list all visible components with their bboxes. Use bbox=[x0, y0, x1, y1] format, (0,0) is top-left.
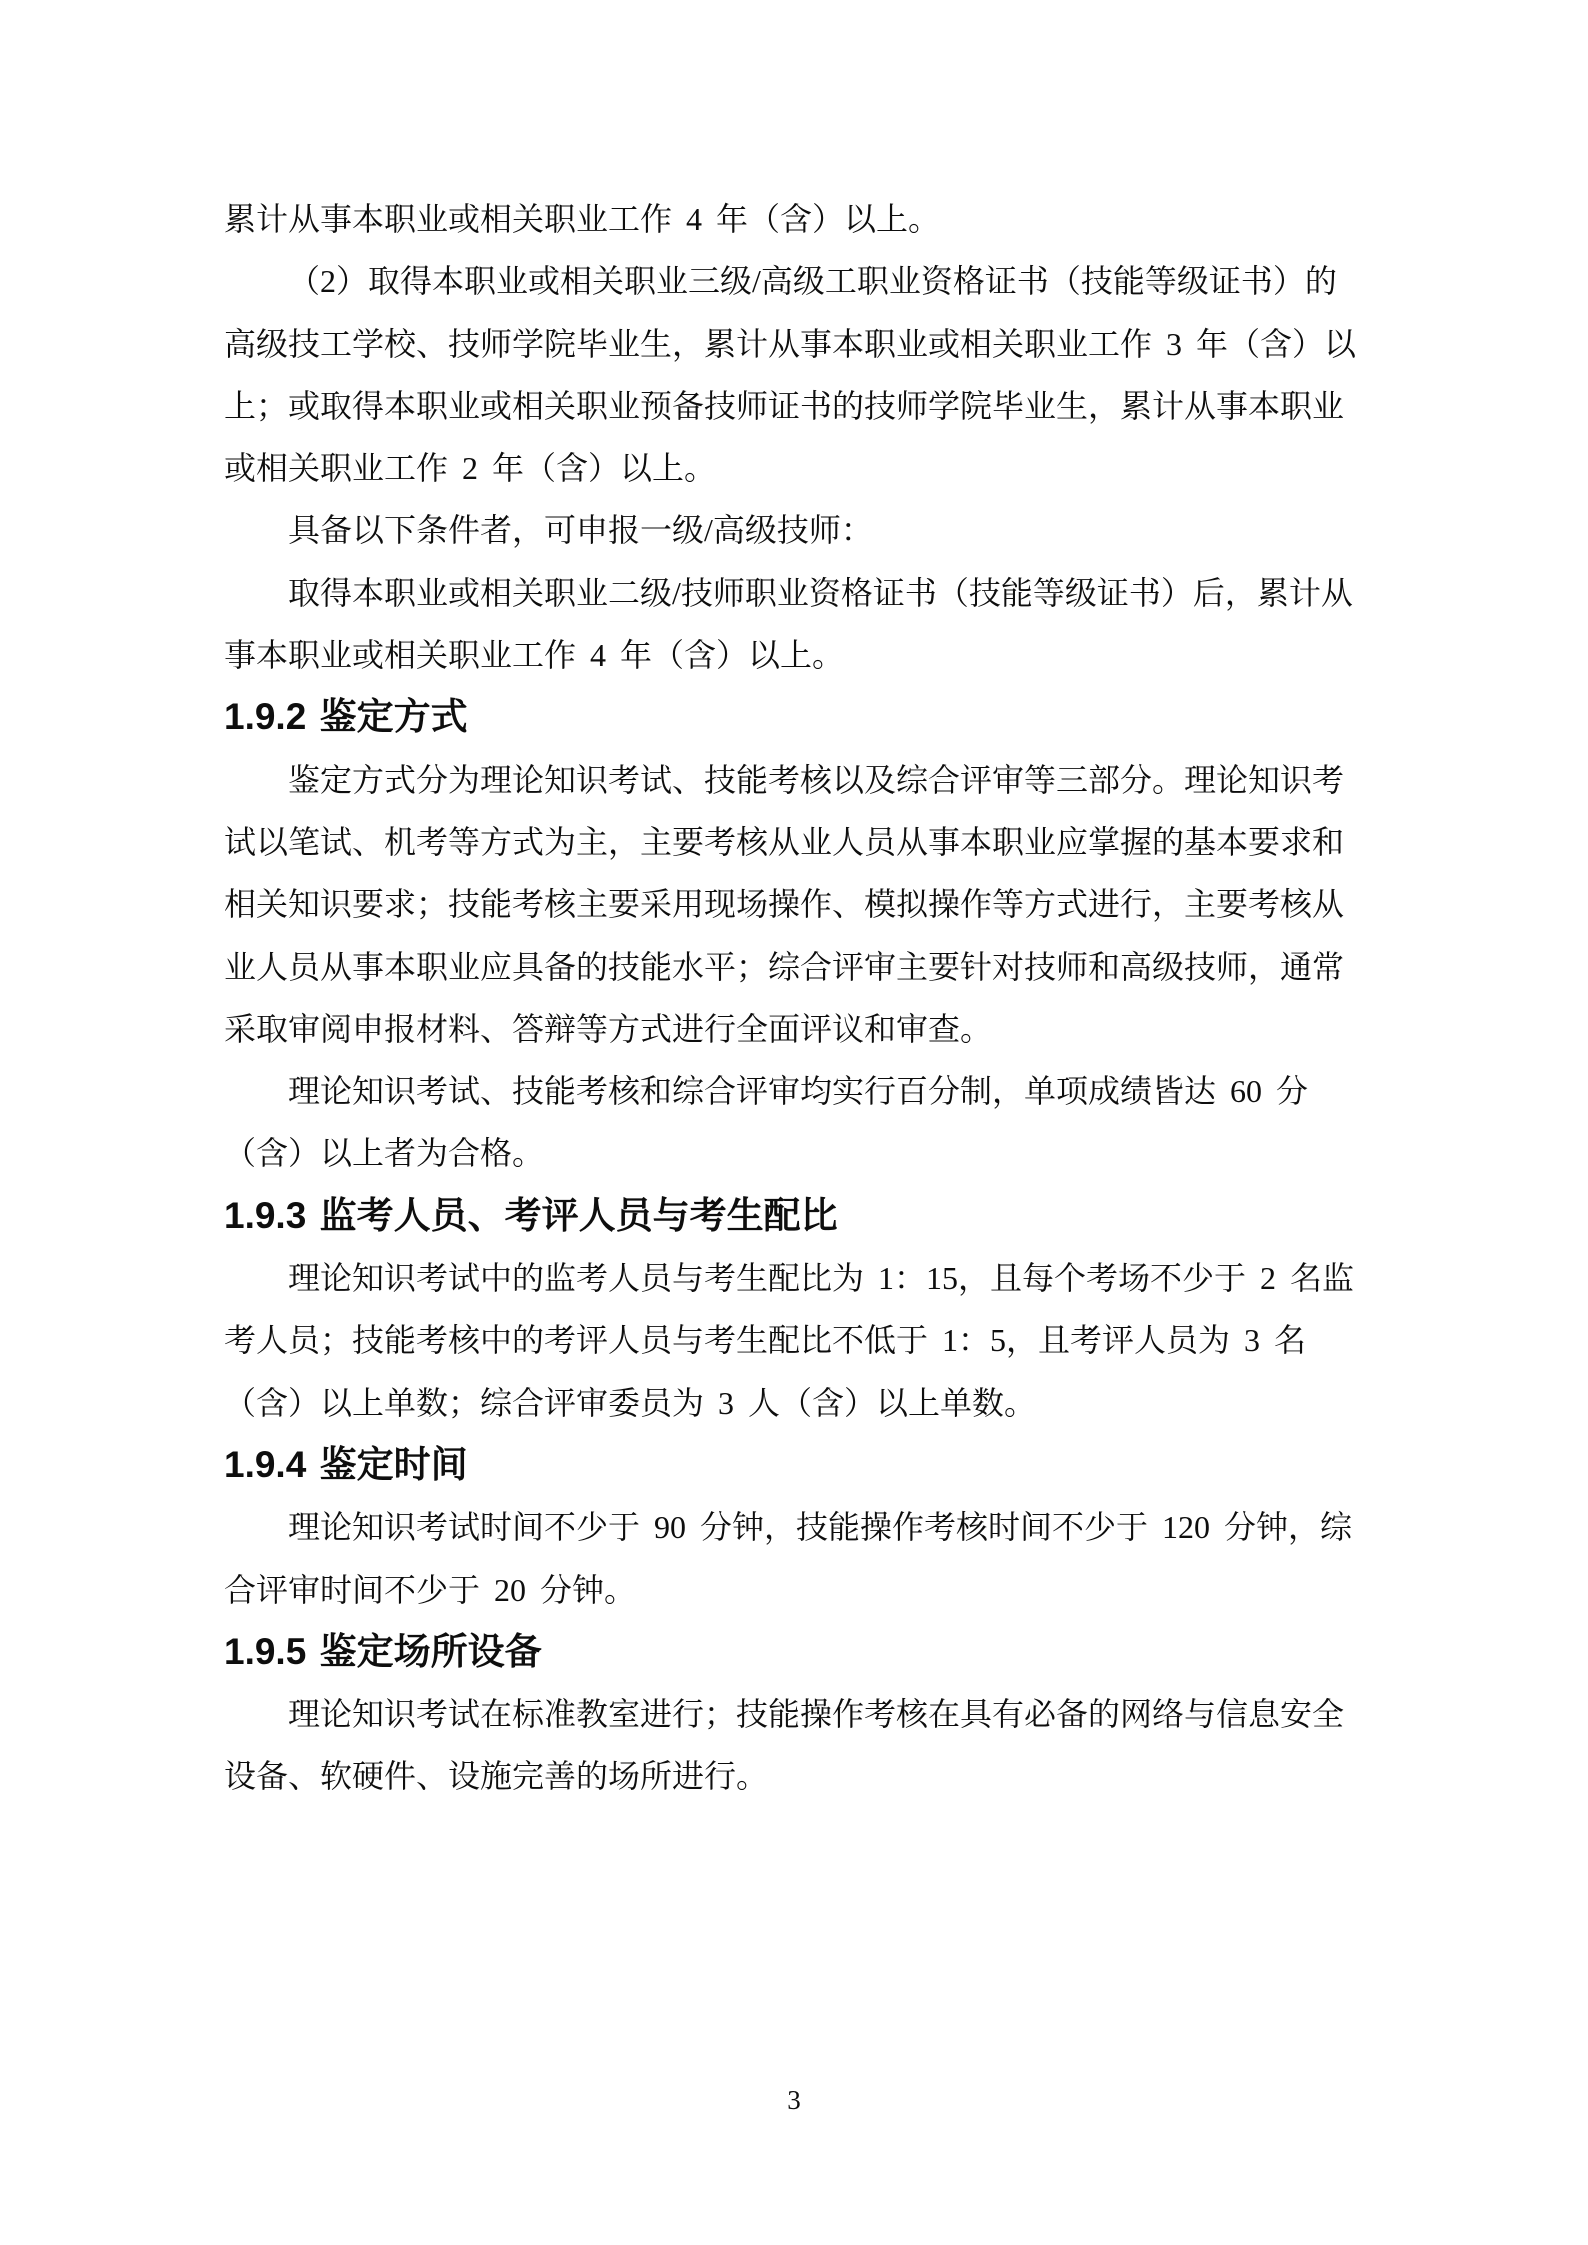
section-heading-line: 1.9.2 鉴定方式 bbox=[224, 686, 1364, 748]
body-text-line: 理论知识考试中的监考人员与考生配比为 1：15，且每个考场不少于 2 名监 bbox=[224, 1247, 1364, 1309]
body-text-line: 理论知识考试、技能考核和综合评审均实行百分制，单项成绩皆达 60 分 bbox=[224, 1060, 1364, 1122]
section-heading-line: 1.9.4 鉴定时间 bbox=[224, 1434, 1364, 1496]
body-text-line: 采取审阅申报材料、答辩等方式进行全面评议和审查。 bbox=[224, 998, 1364, 1060]
body-text-line: 鉴定方式分为理论知识考试、技能考核以及综合评审等三部分。理论知识考 bbox=[224, 749, 1364, 811]
body-text-line: 取得本职业或相关职业二级/技师职业资格证书（技能等级证书）后，累计从 bbox=[224, 562, 1364, 624]
body-text-line: （2）取得本职业或相关职业三级/高级工职业资格证书（技能等级证书）的 bbox=[224, 250, 1364, 312]
body-text-line: 具备以下条件者，可申报一级/高级技师： bbox=[224, 499, 1364, 561]
body-text-line: （含）以上者为合格。 bbox=[224, 1122, 1364, 1184]
body-text-line: 高级技工学校、技师学院毕业生，累计从事本职业或相关职业工作 3 年（含）以 bbox=[224, 313, 1364, 375]
page-footer: 3 bbox=[0, 2080, 1588, 2120]
body-text-line: 上；或取得本职业或相关职业预备技师证书的技师学院毕业生，累计从事本职业 bbox=[224, 375, 1364, 437]
document-page: 累计从事本职业或相关职业工作 4 年（含）以上。（2）取得本职业或相关职业三级/… bbox=[0, 0, 1588, 2245]
body-text-line: （含）以上单数；综合评审委员为 3 人（含）以上单数。 bbox=[224, 1372, 1364, 1434]
body-text-line: 相关知识要求；技能考核主要采用现场操作、模拟操作等方式进行，主要考核从 bbox=[224, 873, 1364, 935]
body-text-line: 理论知识考试在标准教室进行；技能操作考核在具有必备的网络与信息安全 bbox=[224, 1683, 1364, 1745]
body-text-line: 累计从事本职业或相关职业工作 4 年（含）以上。 bbox=[224, 188, 1364, 250]
body-text-line: 理论知识考试时间不少于 90 分钟，技能操作考核时间不少于 120 分钟，综 bbox=[224, 1496, 1364, 1558]
body-text-line: 事本职业或相关职业工作 4 年（含）以上。 bbox=[224, 624, 1364, 686]
body-text-line: 设备、软硬件、设施完善的场所进行。 bbox=[224, 1745, 1364, 1807]
document-content: 累计从事本职业或相关职业工作 4 年（含）以上。（2）取得本职业或相关职业三级/… bbox=[224, 188, 1364, 1808]
section-heading-line: 1.9.3 监考人员、考评人员与考生配比 bbox=[224, 1185, 1364, 1247]
section-heading-line: 1.9.5 鉴定场所设备 bbox=[224, 1621, 1364, 1683]
body-text-line: 试以笔试、机考等方式为主，主要考核从业人员从事本职业应掌握的基本要求和 bbox=[224, 811, 1364, 873]
body-text-line: 考人员；技能考核中的考评人员与考生配比不低于 1：5，且考评人员为 3 名 bbox=[224, 1309, 1364, 1371]
body-text-line: 或相关职业工作 2 年（含）以上。 bbox=[224, 437, 1364, 499]
body-text-line: 业人员从事本职业应具备的技能水平；综合评审主要针对技师和高级技师，通常 bbox=[224, 936, 1364, 998]
page-number: 3 bbox=[787, 2085, 801, 2115]
body-text-line: 合评审时间不少于 20 分钟。 bbox=[224, 1559, 1364, 1621]
